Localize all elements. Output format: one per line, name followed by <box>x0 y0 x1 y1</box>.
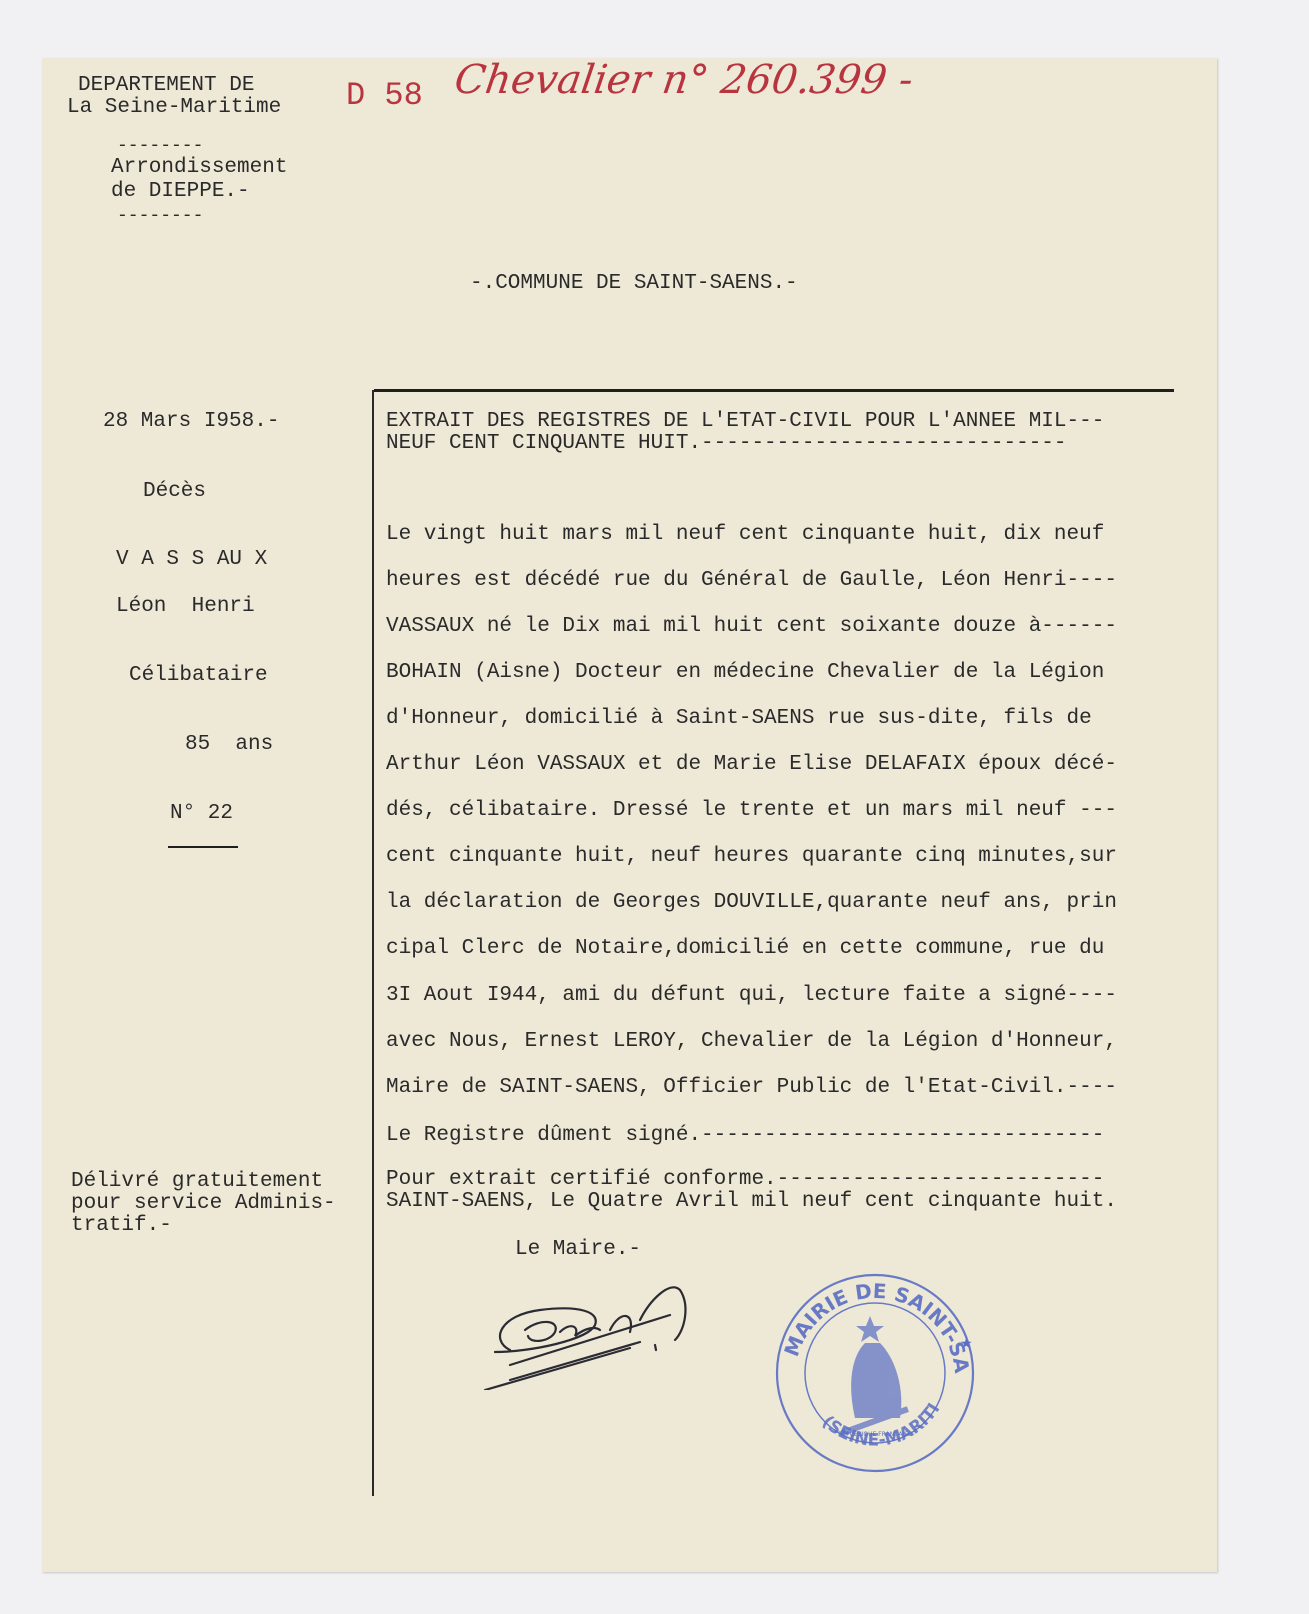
margin-type: Décès <box>143 480 206 504</box>
body-line: d'Honneur, domicilié à Saint-SAENS rue s… <box>386 707 1092 731</box>
margin-number: N° 22 <box>170 802 233 826</box>
signatory-label: Le Maire.- <box>515 1238 641 1262</box>
header-separator-1: -------- <box>117 134 203 158</box>
margin-surname: V A S S AU X <box>116 548 267 572</box>
extract-title-line2: NEUF CENT CINQUANTE HUIT.---------------… <box>386 432 1067 456</box>
body-line: Arthur Léon VASSAUX et de Marie Elise DE… <box>386 753 1117 777</box>
svg-text:RÉPUBLIQUE FRANÇAISE: RÉPUBLIQUE FRANÇAISE <box>838 1430 912 1438</box>
certification-line1: Pour extrait certifié conforme.---------… <box>386 1168 1104 1192</box>
body-line: dés, célibataire. Dressé le trente et un… <box>386 799 1117 823</box>
top-rule <box>374 389 1174 392</box>
extract-title-line1: EXTRAIT DES REGISTRES DE L'ETAT-CIVIL PO… <box>386 410 1104 434</box>
svg-text:★: ★ <box>960 1336 973 1352</box>
column-divider <box>372 390 374 1496</box>
mairie-seal-icon: MAIRIE DE SAINT-SAËNS (SEINE-MARITIME) R… <box>770 1268 980 1478</box>
certification-line2: SAINT-SAENS, Le Quatre Avril mil neuf ce… <box>386 1190 1117 1214</box>
body-line: cipal Clerc de Notaire,domicilié en cett… <box>386 937 1104 961</box>
body-line: la déclaration de Georges DOUVILLE,quara… <box>386 891 1117 915</box>
number-underline <box>168 846 238 848</box>
body-line: 3I Aout I944, ami du défunt qui, lecture… <box>386 984 1117 1008</box>
delivery-line3: tratif.- <box>71 1214 172 1238</box>
header-separator-2: -------- <box>117 204 203 228</box>
body-line: heures est décédé rue du Général de Gaul… <box>386 569 1117 593</box>
reference-stamp: D 58 <box>346 78 423 114</box>
delivery-line1: Délivré gratuitement <box>71 1170 323 1194</box>
margin-age: 85 ans <box>185 733 273 757</box>
body-line: Le Registre dûment signé.---------------… <box>386 1124 1104 1148</box>
departement-line2: La Seine-Maritime <box>67 96 281 120</box>
body-line: avec Nous, Ernest LEROY, Chevalier de la… <box>386 1030 1117 1054</box>
departement-line1: DEPARTEMENT DE <box>78 74 254 98</box>
body-line: Maire de SAINT-SAENS, Officier Public de… <box>386 1076 1117 1100</box>
body-line: cent cinquante huit, neuf heures quarant… <box>386 845 1117 869</box>
margin-given-names: Léon Henri <box>116 595 255 619</box>
body-line: VASSAUX né le Dix mai mil huit cent soix… <box>386 615 1117 639</box>
margin-status: Célibataire <box>129 664 268 688</box>
mayor-signature-icon <box>470 1270 710 1390</box>
delivery-line2: pour service Adminis- <box>71 1192 336 1216</box>
arrondissement-line1: Arrondissement <box>111 156 287 180</box>
margin-date: 28 Mars I958.- <box>103 410 279 434</box>
handwritten-note: Chevalier n° 260.399 - <box>453 68 914 92</box>
commune-title: -.COMMUNE DE SAINT-SAENS.- <box>470 272 798 296</box>
body-line: BOHAIN (Aisne) Docteur en médecine Cheva… <box>386 661 1104 685</box>
arrondissement-line2: de DIEPPE.- <box>111 180 250 204</box>
body-line: Le vingt huit mars mil neuf cent cinquan… <box>386 523 1104 547</box>
